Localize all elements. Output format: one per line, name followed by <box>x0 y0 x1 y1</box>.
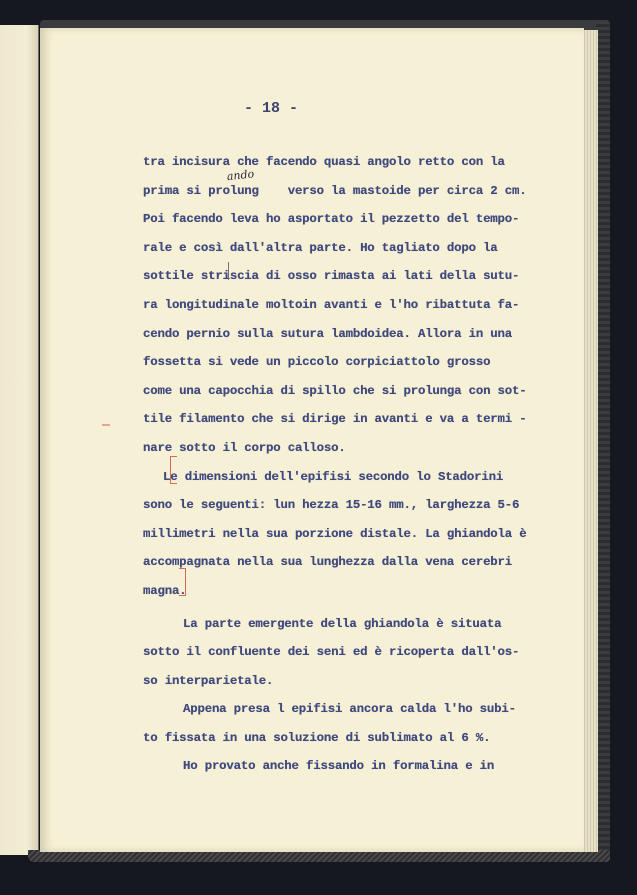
text-line: prima si prolung verso la mastoide per c… <box>143 177 563 206</box>
text-line: tile filamento che si dirige in avanti e… <box>143 405 563 434</box>
body-text: tra incisura che facendo quasi angolo re… <box>143 148 563 781</box>
text-line: sottile striscia di osso rimasta ai lati… <box>143 262 563 291</box>
page-number: - 18 - <box>0 100 543 117</box>
insertion-mark <box>228 262 229 280</box>
text-line: come una capocchia di spillo che si prol… <box>143 377 563 406</box>
text-line: millimetri nella sua porzione distale. L… <box>143 520 563 549</box>
text-line: Ho provato anche fissando in formalina e… <box>143 752 563 781</box>
red-bracket-open <box>170 456 177 484</box>
text-line: Le dimensioni dell'epifisi secondo lo St… <box>143 463 563 492</box>
margin-mark <box>102 424 110 426</box>
text-line: to fissata in una soluzione di sublimato… <box>143 724 563 753</box>
handwritten-correction: ando <box>226 168 250 186</box>
page-stack-edges <box>582 30 598 852</box>
text-line: La parte emergente della ghiandola è sit… <box>143 610 563 639</box>
text-line: tra incisura che facendo quasi angolo re… <box>143 148 563 177</box>
left-page-edge <box>0 25 39 855</box>
text-line: sono le seguenti: lun hezza 15-16 mm., l… <box>143 491 563 520</box>
text-line: ra longitudinale moltoin avanti e l'ho r… <box>143 291 563 320</box>
text-line: sotto il confluente dei seni ed è ricope… <box>143 638 563 667</box>
text-line: cendo pernio sulla sutura lambdoidea. Al… <box>143 320 563 349</box>
text-line: Appena presa l epifisi ancora calda l'ho… <box>143 695 563 724</box>
text-line: accompagnata nella sua lunghezza dalla v… <box>143 548 563 577</box>
book-cover-right <box>596 22 610 852</box>
text-line: magna. <box>143 577 563 606</box>
text-line: nare sotto il corpo calloso. <box>143 434 563 463</box>
text-line: rale e così dall'altra parte. Ho tagliat… <box>143 234 563 263</box>
red-bracket-close <box>179 568 186 596</box>
text-line: Poi facendo leva ho asportato il pezzett… <box>143 205 563 234</box>
text-line: fossetta si vede un piccolo corpiciattol… <box>143 348 563 377</box>
typed-page: - 18 - tra incisura che facendo quasi an… <box>40 28 584 852</box>
text-line: so interparietale. <box>143 667 563 696</box>
